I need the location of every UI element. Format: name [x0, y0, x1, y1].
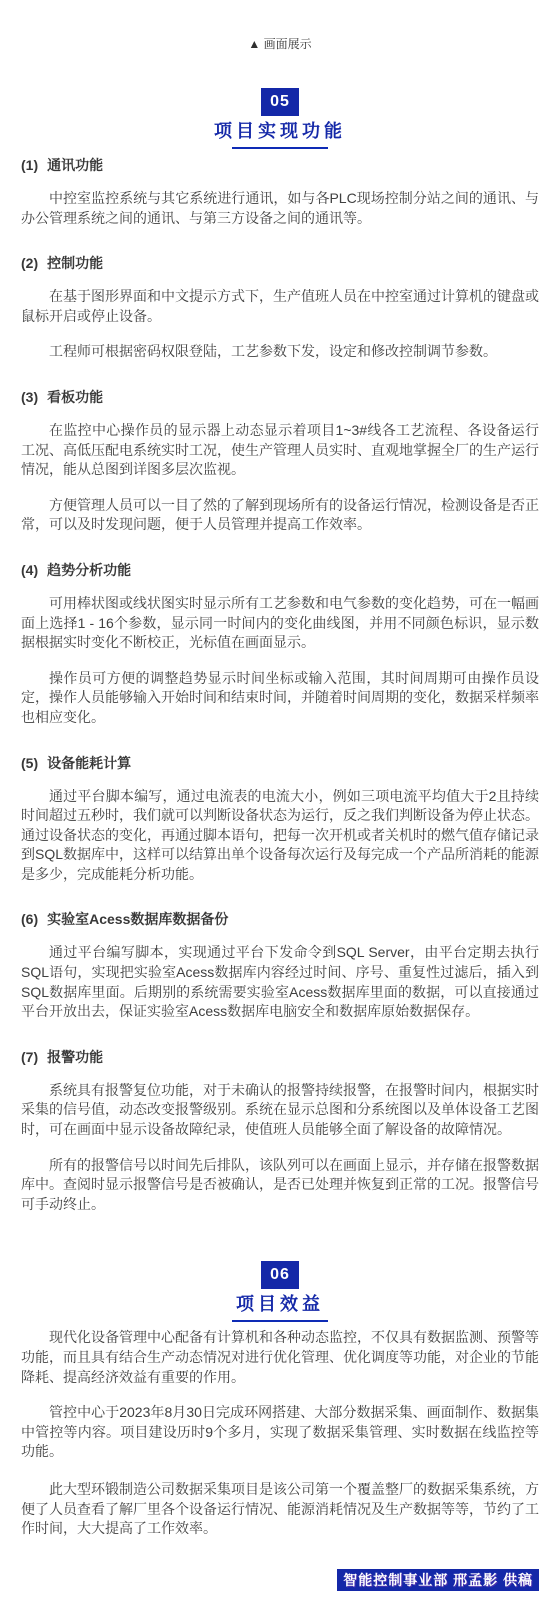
item-heading-4: (4)趋势分析功能: [21, 560, 539, 580]
title-underline: [232, 1320, 328, 1322]
item-title: 看板功能: [47, 389, 103, 405]
paragraph: 通过平台脚本编写，通过电流表的电流大小，例如三项电流平均值大于2且持续时间超过五…: [21, 787, 539, 885]
image-caption: ▲ 画面展示: [21, 0, 539, 53]
paragraph: 方便管理人员可以一目了然的了解到现场所有的设备运行情况，检测设备是否正常，可以及…: [21, 496, 539, 535]
paragraph: 操作员可方便的调整趋势显示时间坐标或输入范围，其时间周期可由操作员设定，操作人员…: [21, 669, 539, 728]
item-number: (5): [21, 755, 38, 771]
section-06-body: 现代化设备管理中心配备有计算机和各种动态监控，不仅具有数据监测、预警等功能，而且…: [21, 1328, 539, 1538]
section-06-header: 06 项目效益: [21, 1261, 539, 1322]
article-page: ▲ 画面展示 05 项目实现功能 (1)通讯功能 中控室监控系统与其它系统进行通…: [0, 0, 560, 1611]
paragraph: 中控室监控系统与其它系统进行通讯，如与各PLC现场控制分站之间的通讯、与办公管理…: [21, 189, 539, 228]
paragraph: 工程师可根据密码权限登陆，工艺参数下发，设定和修改控制调节参数。: [21, 342, 539, 362]
item-number: (6): [21, 911, 38, 927]
title-underline: [232, 147, 328, 149]
item-title: 实验室Acess数据库数据备份: [47, 911, 228, 927]
section-title: 项目实现功能: [21, 119, 539, 143]
section-05-header: 05 项目实现功能: [21, 88, 539, 149]
item-title: 报警功能: [47, 1049, 103, 1065]
item-number: (1): [21, 157, 38, 173]
byline-badge: 智能控制事业部 邢孟影 供稿: [337, 1569, 539, 1591]
item-heading-3: (3)看板功能: [21, 387, 539, 407]
paragraph: 所有的报警信号以时间先后排队，该队列可以在画面上显示，并存储在报警数据库中。查阅…: [21, 1156, 539, 1215]
item-heading-6: (6)实验室Acess数据库数据备份: [21, 909, 539, 929]
item-number: (7): [21, 1049, 38, 1065]
section-title: 项目效益: [21, 1292, 539, 1316]
item-heading-2: (2)控制功能: [21, 253, 539, 273]
item-number: (3): [21, 389, 38, 405]
section-number-badge: 05: [261, 88, 299, 116]
item-number: (4): [21, 562, 38, 578]
item-heading-1: (1)通讯功能: [21, 155, 539, 175]
paragraph: 管控中心于2023年8月30日完成环网搭建、大部分数据采集、画面制作、数据集中管…: [21, 1403, 539, 1462]
item-heading-7: (7)报警功能: [21, 1047, 539, 1067]
byline-row: 智能控制事业部 邢孟影 供稿: [21, 1569, 539, 1591]
paragraph: 在基于图形界面和中文提示方式下，生产值班人员在中控室通过计算机的键盘或鼠标开启或…: [21, 287, 539, 326]
triangle-caption-text: ▲ 画面展示: [248, 37, 311, 51]
item-heading-5: (5)设备能耗计算: [21, 753, 539, 773]
paragraph: 系统具有报警复位功能，对于未确认的报警持续报警，在报警时间内，根据实时采集的信号…: [21, 1081, 539, 1140]
item-number: (2): [21, 255, 38, 271]
paragraph: 此大型环锻制造公司数据采集项目是该公司第一个覆盖整厂的数据采集系统，方便了人员查…: [21, 1480, 539, 1539]
paragraph: 在监控中心操作员的显示器上动态显示着项目1~3#线各工艺流程、各设备运行工况、高…: [21, 421, 539, 480]
item-title: 控制功能: [47, 255, 103, 271]
section-number-badge: 06: [261, 1261, 299, 1289]
paragraph: 可用棒状图或线状图实时显示所有工艺参数和电气参数的变化趋势，可在一幅画面上选择1…: [21, 594, 539, 653]
paragraph: 通过平台编写脚本，实现通过平台下发命令到SQL Server，由平台定期去执行S…: [21, 943, 539, 1021]
paragraph: 现代化设备管理中心配备有计算机和各种动态监控，不仅具有数据监测、预警等功能，而且…: [21, 1328, 539, 1387]
item-title: 通讯功能: [47, 157, 103, 173]
item-title: 设备能耗计算: [47, 755, 131, 771]
item-title: 趋势分析功能: [47, 562, 131, 578]
